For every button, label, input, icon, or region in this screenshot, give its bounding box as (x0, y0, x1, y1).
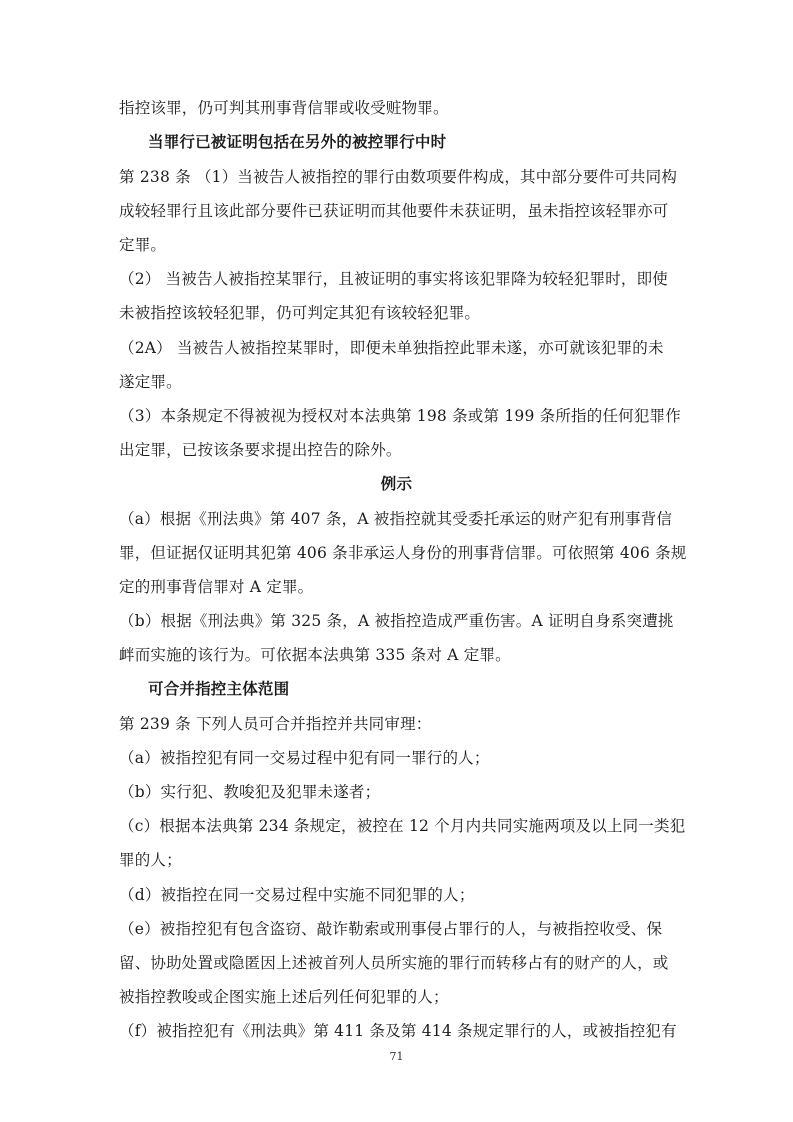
body-text-line: 指控该罪，仍可判其刑事背信罪或收受赃物罪。 (119, 98, 689, 118)
item-a-text: （a）被指控犯有同一交易过程中犯有同一罪行的人； (119, 748, 689, 768)
body-text-line: 未被指控该较轻犯罪，仍可判定其犯有该较轻犯罪。 (119, 303, 689, 323)
item-d-text: （d）被指控在同一交易过程中实施不同犯罪的人； (119, 885, 689, 905)
article-239-text: 第 239 条 下列人员可合并指控并共同审理： (119, 714, 689, 734)
body-text-line: 出定罪，已按该条要求提出控告的除外。 (119, 440, 689, 460)
body-text-line: 留、协助处置或隐匿因上述被首列人员所实施的罪行而转移占有的财产的人，或 (119, 953, 689, 973)
page-number: 71 (0, 1050, 793, 1063)
illustrations-heading: 例示 (0, 474, 793, 494)
illustration-a-text: （a）根据《刑法典》第 407 条，A 被指控就其受委托承运的财产犯有刑事背信 (119, 509, 689, 529)
clause-2-text: （2） 当被告人被指控某罪行，且被证明的事实将该犯罪降为较轻犯罪时，即使 (119, 269, 689, 289)
item-b-text: （b）实行犯、教唆犯及犯罪未遂者； (119, 782, 689, 802)
section-heading: 当罪行已被证明包括在另外的被控罪行中时 (148, 132, 718, 152)
body-text-line: 罪，但证据仅证明其犯第 406 条非承运人身份的刑事背信罪。可依照第 406 条… (119, 543, 689, 563)
illustration-b-text: （b）根据《刑法典》第 325 条，A 被指控造成严重伤害。A 证明自身系突遭挑 (119, 611, 689, 631)
body-text-line: 成较轻罪行且该此部分要件已获证明而其他要件未获证明，虽未指控该轻罪亦可 (119, 201, 689, 221)
clause-3-text: （3）本条规定不得被视为授权对本法典第 198 条或第 199 条所指的任何犯罪… (119, 406, 689, 426)
document-page: 指控该罪，仍可判其刑事背信罪或收受赃物罪。 当罪行已被证明包括在另外的被控罪行中… (0, 0, 793, 1122)
body-text-line: 罪的人； (119, 850, 689, 870)
item-f-text: （f）被指控犯有《刑法典》第 411 条及第 414 条规定罪行的人，或被指控犯… (119, 1021, 689, 1041)
body-text-line: 遂定罪。 (119, 372, 689, 392)
body-text-line: 衅而实施的该行为。可依据本法典第 335 条对 A 定罪。 (119, 645, 689, 665)
clause-2a-text: （2A） 当被告人被指控某罪时，即便未单独指控此罪未遂，亦可就该犯罪的未 (119, 338, 689, 358)
article-238-text: 第 238 条 （1）当被告人被指控的罪行由数项要件构成，其中部分要件可共同构 (119, 167, 689, 187)
section-heading: 可合并指控主体范围 (148, 679, 718, 699)
item-e-text: （e）被指控犯有包含盗窃、敲诈勒索或刑事侵占罪行的人，与被指控收受、保 (119, 919, 689, 939)
body-text-line: 定罪。 (119, 235, 689, 255)
item-c-text: （c）根据本法典第 234 条规定，被控在 12 个月内共同实施两项及以上同一类… (119, 816, 689, 836)
body-text-line: 定的刑事背信罪对 A 定罪。 (119, 577, 689, 597)
body-text-line: 被指控教唆或企图实施上述后列任何犯罪的人； (119, 987, 689, 1007)
